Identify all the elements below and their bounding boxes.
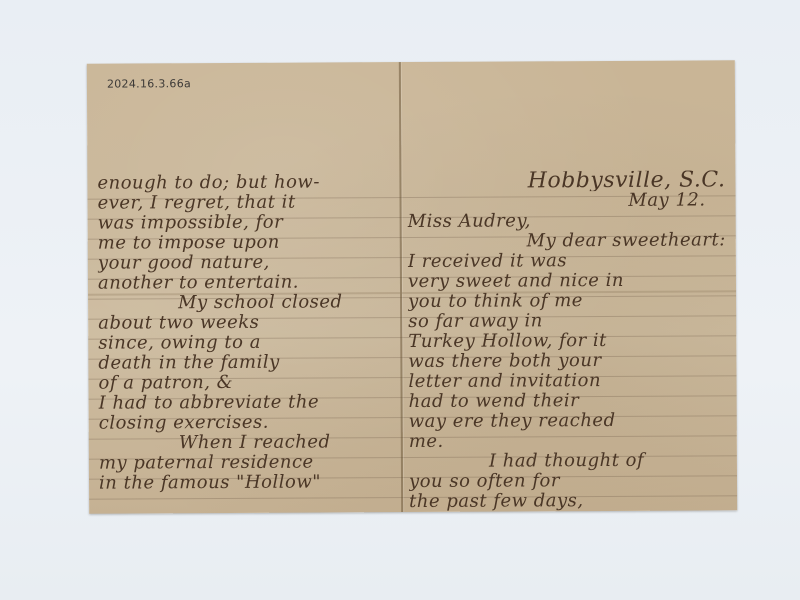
- letter-line: My school closed: [98, 292, 393, 314]
- letter-line: me to impose upon: [98, 232, 393, 254]
- letter-line: very sweet and nice in: [408, 270, 726, 292]
- letter-line: since, owing to a: [98, 332, 393, 354]
- letter-line: the past few days,: [409, 490, 727, 512]
- letter-line: Turkey Hollow, for it: [408, 330, 726, 352]
- right-page: Hobbysville, S.C. May 12. Miss Audrey, M…: [407, 170, 727, 502]
- vertical-fold: [399, 62, 403, 512]
- letter-line: letter and invitation: [408, 370, 726, 392]
- letter-line: of a patron, &: [98, 372, 393, 394]
- catalog-number: 2024.16.3.66a: [107, 77, 191, 90]
- letter-line: me.: [409, 430, 727, 452]
- letter-line: another to entertain.: [98, 272, 393, 294]
- letter-line: closing exercises.: [99, 412, 394, 434]
- letter-line: way ere they reached: [409, 410, 727, 432]
- letter-line: in the famous "Hollow": [99, 472, 394, 494]
- letter-line: ever, I regret, that it: [98, 192, 393, 214]
- letter-salutation: Miss Audrey,: [408, 210, 726, 232]
- letter-line: you so often for: [409, 470, 727, 492]
- letter-line: enough to do; but how-: [97, 172, 392, 194]
- left-page: enough to do; but how- ever, I regret, t…: [97, 172, 394, 504]
- letter-greeting: My dear sweetheart:: [408, 230, 726, 252]
- letter-place: Hobbysville, S.C.: [407, 170, 725, 192]
- letter-line: was impossible, for: [98, 212, 393, 234]
- letter-line: I had to abbreviate the: [99, 392, 394, 414]
- letter-line: about two weeks: [98, 312, 393, 334]
- letter-line: When I reached: [99, 432, 394, 454]
- letter-line: death in the family: [98, 352, 393, 374]
- letter-line: so far away in: [408, 310, 726, 332]
- letter-line: was there both your: [408, 350, 726, 372]
- letter-line: you to think of me: [408, 290, 726, 312]
- letter-sheet: 2024.16.3.66a enough to do; but how- eve…: [87, 60, 737, 513]
- letter-line: your good nature,: [98, 252, 393, 274]
- letter-line: my paternal residence: [99, 452, 394, 474]
- letter-line: I had thought of: [409, 450, 727, 472]
- letter-date: May 12.: [408, 190, 726, 212]
- letter-line: I received it was: [408, 250, 726, 272]
- letter-line: had to wend their: [409, 390, 727, 412]
